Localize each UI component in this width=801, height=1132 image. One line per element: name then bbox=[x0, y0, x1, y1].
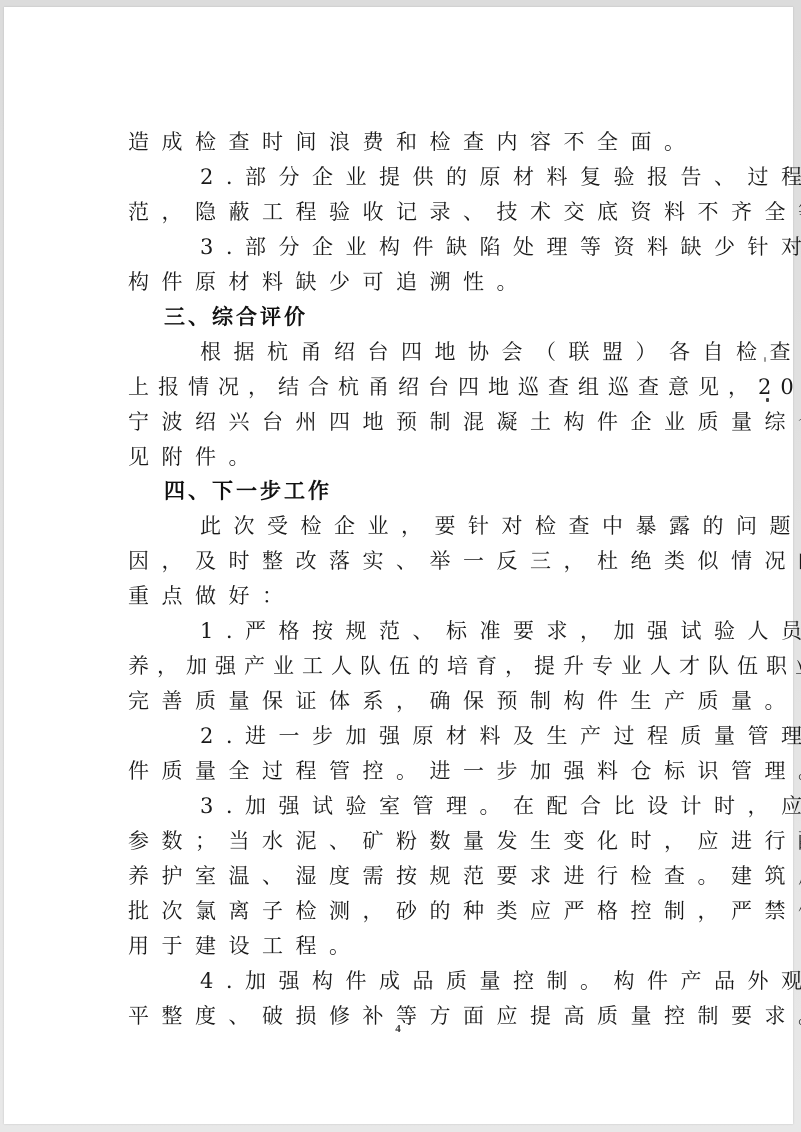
paragraph-line: 根据杭甬绍台四地协会（联盟）各自检查后的等级评定 bbox=[200, 335, 672, 369]
list-item-3-cont: 批次氯离子检测，砂的种类应严格控制，严禁使用不合格砂 bbox=[128, 894, 672, 928]
body-line: 造成检查时间浪费和检查内容不全面。 bbox=[128, 125, 672, 159]
body-line: 构件原材料缺少可追溯性。 bbox=[128, 265, 672, 299]
scan-speck bbox=[764, 357, 766, 362]
document-page: 造成检查时间浪费和检查内容不全面。 2.部分企业提供的原材料复验报告、过程检验资… bbox=[4, 7, 793, 1124]
list-item-3-cont: 参数；当水泥、矿粉数量发生变化时，应进行配合比验证。 bbox=[128, 824, 672, 858]
list-item-1: 1.严格按规范、标准要求，加强试验人员、质检人员培 bbox=[200, 614, 672, 648]
list-item-2-cont: 件质量全过程管控。进一步加强料仓标识管理。 bbox=[128, 754, 672, 788]
section-heading-4: 四、下一步工作 bbox=[164, 474, 332, 508]
paragraph-line: 因，及时整改落实、举一反三，杜绝类似情况的再次发生。 bbox=[128, 544, 672, 578]
list-item-2: 2.进一步加强原材料及生产过程质量管理，实现预制构 bbox=[200, 719, 672, 753]
list-item-1-cont: 完善质量保证体系，确保预制构件生产质量。 bbox=[128, 684, 672, 718]
body-line: 范，隐蔽工程验收记录、技术交底资料不齐全等。 bbox=[128, 195, 672, 229]
paragraph-line: 上报情况，结合杭甬绍台四地巡查组巡查意见，2023 年杭州 bbox=[128, 370, 672, 404]
scan-speck bbox=[766, 398, 769, 402]
paragraph-line: 宁波绍兴台州四地预制混凝土构件企业质量综合评价结果 bbox=[128, 405, 672, 439]
list-item-3: 3.部分企业构件缺陷处理等资料缺少针对性、区别性， bbox=[200, 230, 672, 264]
list-item-4: 4.加强构件成品质量控制。构件产品外观、规格尺寸、 bbox=[200, 964, 672, 998]
paragraph-line: 此次受检企业，要针对检查中暴露的问题，认真分析原 bbox=[200, 509, 672, 543]
list-item-2: 2.部分企业提供的原材料复验报告、过程检验资料不规 bbox=[200, 160, 672, 194]
list-item-1-cont: 养，加强产业工人队伍的培育，提升专业人才队伍职业素养， bbox=[128, 649, 672, 683]
viewer-background: 造成检查时间浪费和检查内容不全面。 2.部分企业提供的原材料复验报告、过程检验资… bbox=[0, 0, 801, 1132]
list-item-3-cont: 用于建设工程。 bbox=[128, 929, 672, 963]
page-number: 4 bbox=[388, 1023, 408, 1035]
paragraph-line: 见附件。 bbox=[128, 440, 672, 474]
paragraph-line: 重点做好： bbox=[128, 579, 672, 613]
section-heading-3: 三、综合评价 bbox=[164, 300, 308, 334]
list-item-3: 3.加强试验室管理。在配合比设计时，应合理选择主要 bbox=[200, 789, 672, 823]
list-item-3-cont: 养护室温、湿度需按规范要求进行检查。建筑用砂应做好每 bbox=[128, 859, 672, 893]
